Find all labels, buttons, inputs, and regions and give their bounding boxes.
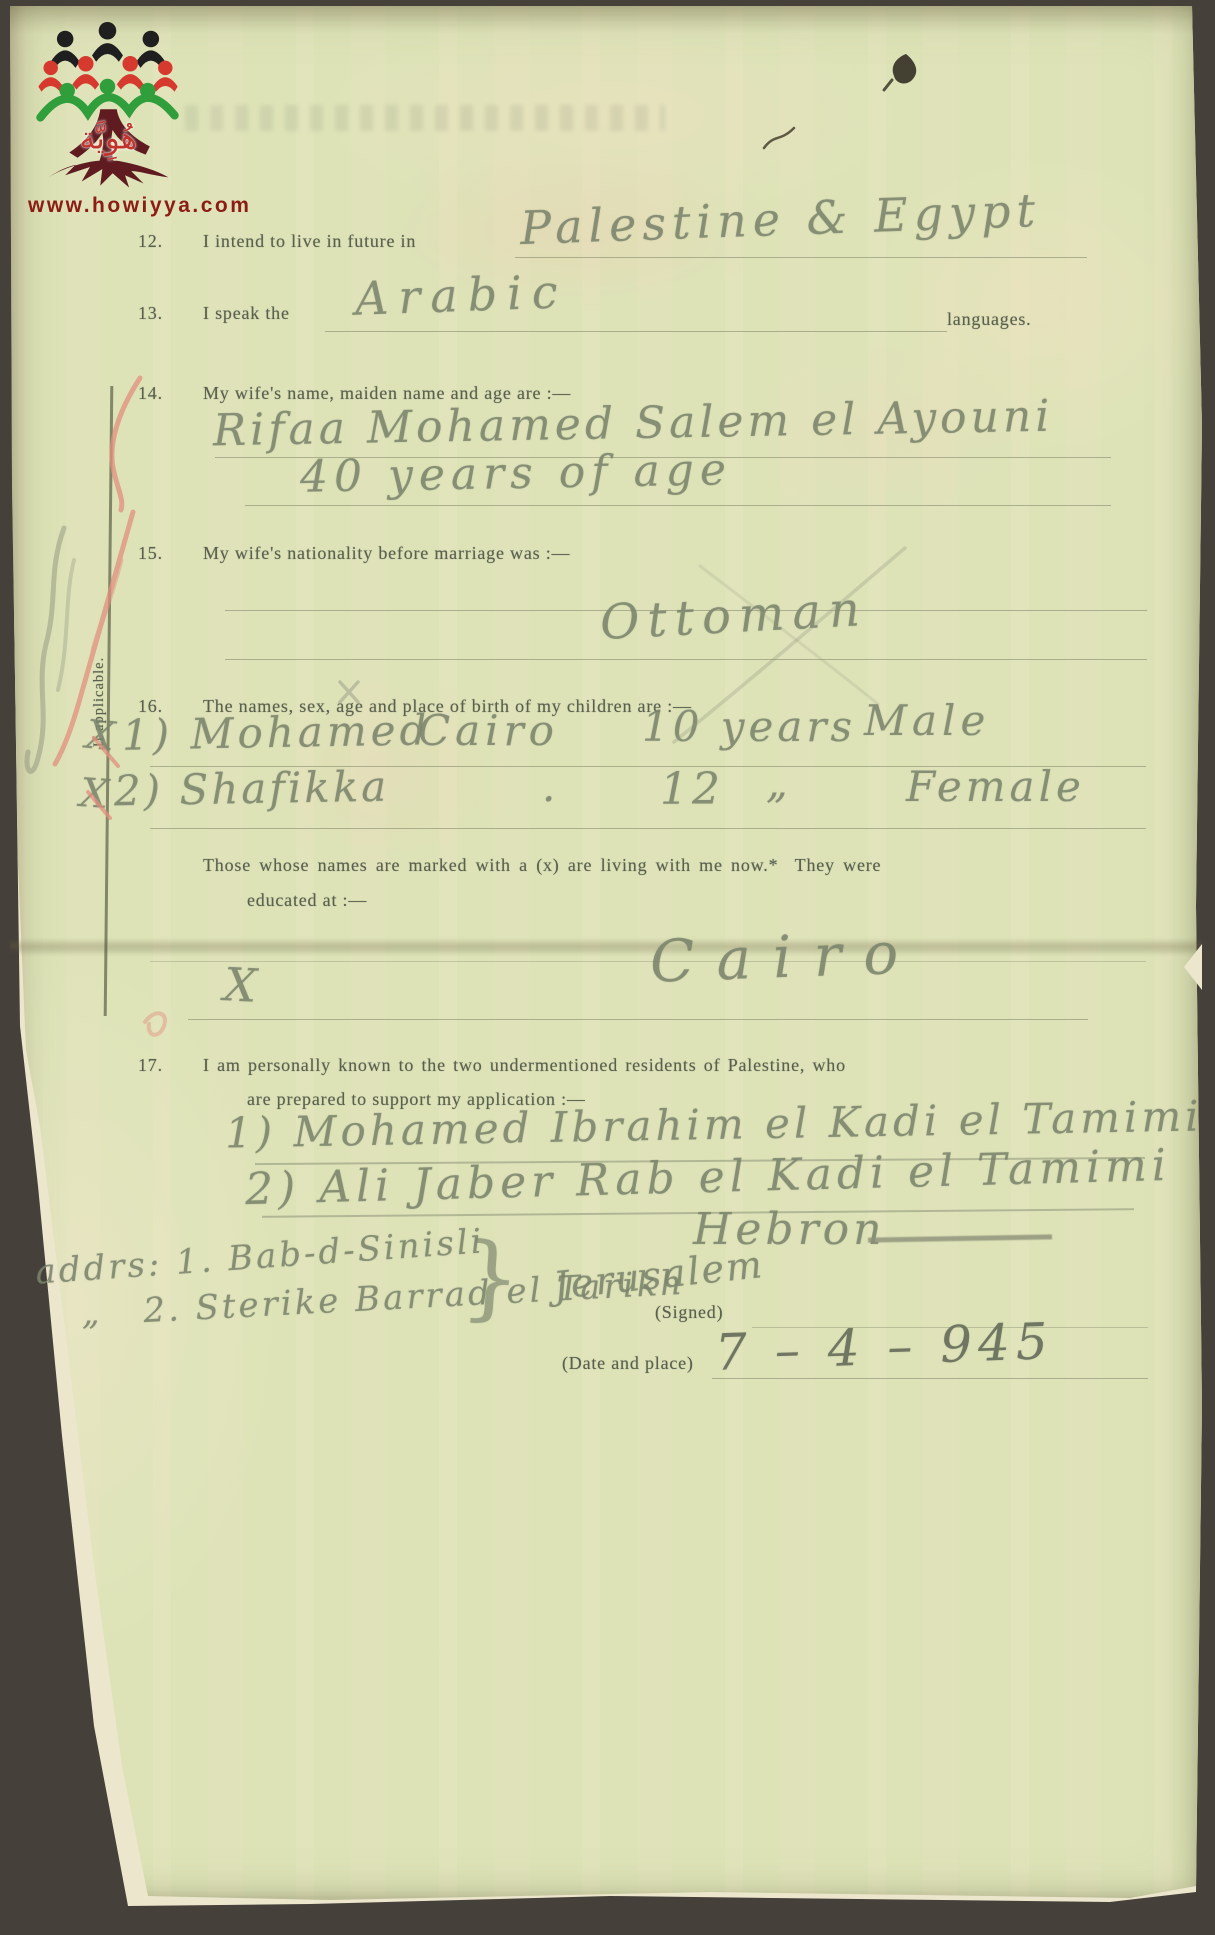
howiyya-logo-tree: هُوِيَّة [28,14,188,192]
people-canopy [38,22,177,117]
logo-arabic-calligraphy: هُوِيَّة [80,119,138,161]
howiyya-watermark: هُوِيَّة www.howiyya.com [28,14,198,220]
scanned-document-page: { "watermark": { "site": "www.howiyya.co… [0,0,1215,1935]
pen-squiggle [764,128,794,148]
ink-marks [764,54,916,148]
ink-blot [893,54,917,83]
red-pencil-marks [55,378,165,1035]
pencil-scribble-marks [27,528,905,771]
watermark-url: www.howiyya.com [28,194,198,218]
pencil-marks-overlay [0,0,1215,1935]
